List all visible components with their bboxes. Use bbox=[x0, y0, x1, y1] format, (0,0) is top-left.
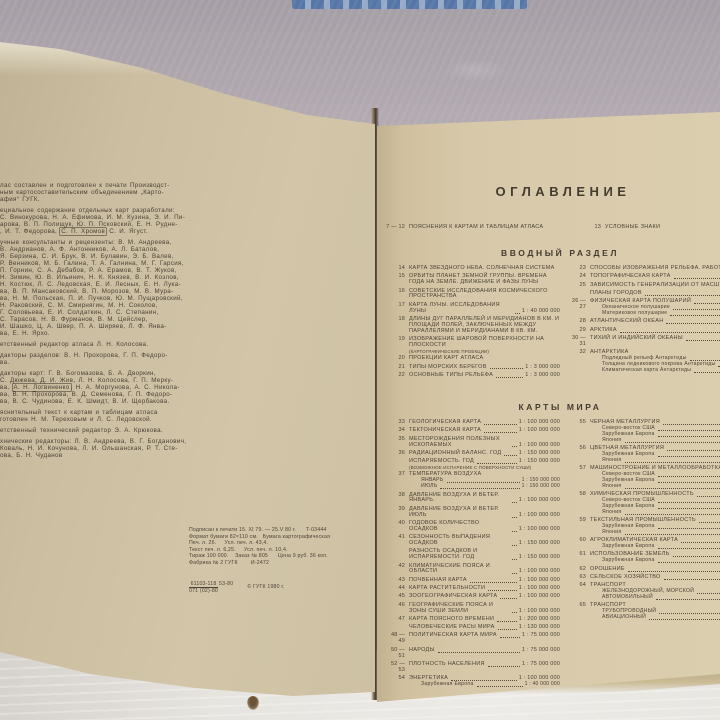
entry-pages: 38 bbox=[383, 493, 409, 505]
entry-title: Зарубежная Европа bbox=[602, 544, 655, 550]
entry-pages: 26 — 27 bbox=[564, 299, 590, 317]
toc-entry: 43ПОЧВЕННАЯ КАРТА1 : 100 000 000 bbox=[383, 578, 560, 584]
entry-title: ДАВЛЕНИЕ ВОЗДУХА И ВЕТЕР. ИЮЛЬ bbox=[409, 507, 509, 519]
entry-scale: 1 : 100 000 000 bbox=[519, 498, 560, 504]
toc-entry: 33ГЕОЛОГИЧЕСКАЯ КАРТА1 : 100 000 000 bbox=[383, 420, 560, 426]
entry-title: Япония bbox=[602, 458, 622, 464]
entry-title: ОРОШЕНИЕ bbox=[590, 567, 625, 573]
entry-title: ПЛАНЫ ГОРОДОВ bbox=[590, 291, 642, 297]
entry-pages: 34 bbox=[383, 428, 409, 434]
colophon-paragraph: дакторы разделов: В. Н. Прохорова, Г. П.… bbox=[0, 352, 206, 366]
entry-pages: 42 bbox=[383, 564, 409, 576]
entry-pages: 54 bbox=[383, 676, 409, 688]
entry-title: Япония bbox=[602, 438, 622, 444]
toc-entry: 63СЕЛЬСКОЕ ХОЗЯЙСТВО bbox=[564, 575, 720, 581]
toc-entry: 42КЛИМАТИЧЕСКИЕ ПОЯСА И ОБЛАСТИ1 : 100 0… bbox=[383, 564, 560, 576]
dot-leader bbox=[658, 502, 720, 503]
toc-entry: 34ТЕКТОНИЧЕСКАЯ КАРТА1 : 100 000 000 bbox=[383, 428, 560, 434]
entry-scale: 1 : 100 000 000 bbox=[519, 443, 560, 449]
colophon-paragraph: лас составлен и подготовлен к печати Про… bbox=[0, 182, 206, 203]
blue-fabric-pattern bbox=[292, 0, 527, 9]
colophon-paragraph: етственный технический редактор Э. А. Кр… bbox=[0, 427, 206, 434]
entry-scale: 1 : 150 000 000 bbox=[519, 541, 560, 547]
entry-title: Япония bbox=[602, 484, 622, 490]
dot-leader bbox=[663, 424, 720, 425]
dot-leader bbox=[658, 548, 720, 549]
toc-sub-entry: АВИАЦИОННЫЙ bbox=[590, 615, 720, 621]
dot-leader bbox=[488, 590, 517, 591]
entry-title: ЗООГЕОГРАФИЧЕСКАЯ КАРТА bbox=[409, 594, 497, 600]
toc-entry: 64ТРАНСПОРТЖЕЛЕЗНОДОРОЖНЫЙ, МОРСКОЙАВТОМ… bbox=[564, 583, 720, 601]
dot-leader bbox=[673, 309, 720, 310]
entry-pages: 47 bbox=[383, 617, 409, 623]
dot-leader bbox=[512, 502, 517, 503]
toc-sub-entry: Япония bbox=[590, 510, 720, 516]
toc-entry: ПЛАНЫ ГОРОДОВ bbox=[564, 291, 720, 297]
toc-entry: 58ХИМИЧЕСКАЯ ПРОМЫШЛЕННОСТЬСеверо-восток… bbox=[564, 492, 720, 516]
dot-leader bbox=[625, 514, 720, 515]
toc-entry: 30 — 31ТИХИЙ И ИНДИЙСКИЙ ОКЕАНЫ bbox=[564, 336, 720, 348]
toc-sub-entry: Зарубежная Европа1 : 40 000 000 bbox=[409, 682, 560, 688]
toc-entry: 19ИЗОБРАЖЕНИЕ ШАРОВОЙ ПОВЕРХНОСТИ НА ПЛО… bbox=[383, 337, 560, 354]
toc-entry: 13 УСЛОВНЫЕ ЗНАКИ bbox=[577, 225, 720, 231]
toc-entry: 41СЕЗОННОСТЬ ВЫПАДЕНИЯ ОСАДКОВ1 : 150 00… bbox=[383, 535, 560, 547]
dot-leader bbox=[666, 323, 720, 324]
contents-title: ОГЛАВЛЕНИЕ bbox=[377, 184, 720, 199]
dot-leader bbox=[512, 612, 517, 613]
dot-leader bbox=[694, 372, 720, 373]
toc-entry: 61ИСПОЛЬЗОВАНИЕ ЗЕМЕЛЬЗарубежная Европа bbox=[564, 552, 720, 564]
copyright-notice: © ГУГК 1980 г. bbox=[247, 584, 284, 591]
dot-leader bbox=[504, 455, 516, 456]
dot-leader bbox=[512, 559, 517, 560]
code-suffix: 53-80 bbox=[219, 581, 233, 588]
dot-leader bbox=[484, 424, 517, 425]
colophon-paragraph: хнические редакторы: Л. В. Андреева, В. … bbox=[0, 438, 206, 459]
entry-scale: 1 : 150 000 000 bbox=[519, 451, 560, 457]
entry-title: РАЗНОСТЬ ОСАДКОВ И ИСПАРЯЕМОСТИ. ГОД bbox=[409, 549, 509, 561]
entry-pages: 40 bbox=[383, 521, 409, 533]
dot-leader bbox=[512, 531, 517, 532]
section-title: ВВОДНЫЙ РАЗДЕЛ bbox=[377, 248, 720, 258]
toc-entry: 37ТЕМПЕРАТУРА ВОЗДУХАЯНВАРЬ1 : 150 000 0… bbox=[383, 472, 560, 490]
dot-leader bbox=[515, 313, 520, 314]
entry-pages: 41 bbox=[383, 535, 409, 547]
entry-title: ДАВЛЕНИЕ ВОЗДУХА И ВЕТЕР. ЯНВАРЬ. bbox=[409, 493, 509, 505]
entry-pages bbox=[564, 291, 590, 297]
dot-leader bbox=[686, 340, 720, 341]
entry-scale: 1 : 100 000 000 bbox=[519, 513, 560, 519]
toc-sub-entry: АВТОМОБИЛЬНЫЙ bbox=[590, 595, 720, 601]
entry-title: Зарубежная Европа bbox=[602, 558, 655, 564]
entry-title: АТЛАНТИЧЕСКИЙ ОКЕАН bbox=[590, 319, 663, 325]
entry-scale: 1 : 150 000 000 bbox=[519, 555, 560, 561]
entry-title: ГЕОЛОГИЧЕСКАЯ КАРТА bbox=[409, 420, 481, 426]
dot-leader bbox=[697, 593, 720, 594]
entry-pages: 32 bbox=[564, 350, 590, 374]
entry-scale: 1 : 100 000 000 bbox=[519, 594, 560, 600]
right-page-contents: ОГЛАВЛЕНИЕ 7 — 12 ПОЯСНЕНИЯ К КАРТАМ И Т… bbox=[377, 112, 720, 704]
entry-pages: 17 bbox=[383, 303, 409, 315]
entry-pages: 25 bbox=[564, 283, 590, 289]
entry-pages: 15 bbox=[383, 274, 409, 286]
print-code-row: 61103-118 071 (02)-80 53-80 © ГУГК 1980 … bbox=[189, 581, 401, 594]
toc-entry: 14КАРТА ЗВЕЗДНОГО НЕБА. СОЛНЕЧНАЯ СИСТЕМ… bbox=[383, 266, 560, 272]
entry-pages: 56 bbox=[564, 446, 590, 464]
toc-entry: 25ЗАВИСИМОСТЬ ГЕНЕРАЛИЗАЦИИ ОТ МАСШТАБА bbox=[564, 283, 720, 289]
dot-leader bbox=[656, 599, 720, 600]
entry-title: НАРОДЫ bbox=[409, 648, 435, 654]
entry-title: КЛИМАТИЧЕСКИЕ ПОЯСА И ОБЛАСТИ bbox=[409, 564, 509, 576]
entry-pages: 61 bbox=[564, 552, 590, 564]
colophon-paragraph: яснительный текст к картам и таблицам ат… bbox=[0, 409, 206, 423]
entry-title: СЕЗОННОСТЬ ВЫПАДЕНИЯ ОСАДКОВ bbox=[409, 535, 509, 547]
toc-entry: 15ОРБИТЫ ПЛАНЕТ ЗЕМНОЙ ГРУППЫ. ВРЕМЕНА Г… bbox=[383, 274, 560, 286]
toc-entry: 32АНТАРКТИКАПодледный рельеф АнтарктидыТ… bbox=[564, 350, 720, 374]
entry-pages: 14 bbox=[383, 266, 409, 272]
entry-title: ИЮЛЬ bbox=[421, 484, 437, 490]
entry-pages: 29 bbox=[564, 328, 590, 334]
entry-scale: 1 : 75 000 000 bbox=[522, 662, 560, 668]
toc-entry: 57МАШИНОСТРОЕНИЕ И МЕТАЛЛООБРАБОТКАСевер… bbox=[564, 466, 720, 490]
toc-entry: 62ОРОШЕНИЕ bbox=[564, 567, 720, 573]
entry-scale: 1 : 40 000 000 bbox=[522, 309, 560, 315]
entry-pages: 22 bbox=[383, 373, 409, 379]
entry-pages: 60 bbox=[564, 538, 590, 550]
entry-title: КАРТА ЗВЕЗДНОГО НЕБА. СОЛНЕЧНАЯ СИСТЕМА bbox=[409, 266, 555, 272]
toc-entry: 7 — 12 ПОЯСНЕНИЯ К КАРТАМ И ТАБЛИЦАМ АТЛ… bbox=[381, 225, 557, 231]
toc-entry: 29АРКТИКА bbox=[564, 328, 720, 334]
entry-title: ПОЧВЕННАЯ КАРТА bbox=[409, 578, 467, 584]
entry-pages: 46 bbox=[383, 603, 409, 615]
dot-leader bbox=[664, 579, 720, 580]
imprint-block: Подписан к печати 15. XI 79. — 25.V 80 г… bbox=[189, 527, 401, 594]
toc-entry: 20ПРОЕКЦИИ КАРТ АТЛАСА bbox=[383, 356, 560, 362]
toc-entry: 48 — 49ПОЛИТИЧЕСКАЯ КАРТА МИРА1 : 75 000… bbox=[383, 633, 560, 645]
section-title: КАРТЫ МИРА bbox=[377, 402, 720, 412]
entry-title: ОСНОВНЫЕ ТИПЫ РЕЛЬЕФА bbox=[409, 373, 493, 379]
entry-pages: 39 bbox=[383, 507, 409, 519]
entry-scale: 1 : 100 000 000 bbox=[519, 569, 560, 575]
entry-pages: 57 bbox=[564, 466, 590, 490]
section-columns: 14КАРТА ЗВЕЗДНОГО НЕБА. СОЛНЕЧНАЯ СИСТЕМ… bbox=[383, 266, 720, 381]
dot-leader bbox=[500, 598, 516, 599]
entry-title: СОВЕТСКИЕ ИССЛЕДОВАНИЯ КОСМИЧЕСКОГО ПРОС… bbox=[409, 289, 560, 301]
toc-entry: 56ЦВЕТНАЯ МЕТАЛЛУРГИЯЗарубежная ЕвропаЯп… bbox=[564, 446, 720, 464]
entry-scale: 1 : 130 000 000 bbox=[519, 625, 560, 631]
entry-title: ОРБИТЫ ПЛАНЕТ ЗЕМНОЙ ГРУППЫ. ВРЕМЕНА ГОД… bbox=[409, 274, 560, 286]
toc-entry: 38ДАВЛЕНИЕ ВОЗДУХА И ВЕТЕР. ЯНВАРЬ.1 : 1… bbox=[383, 493, 560, 505]
entry-scale: 1 : 100 000 000 bbox=[519, 428, 560, 434]
entry-pages: 45 bbox=[383, 594, 409, 600]
entry-pages: 44 bbox=[383, 586, 409, 592]
entry-title: ДЛИНЫ ДУГ ПАРАЛЛЕЛЕЙ И МЕРИДИАНОВ В КМ. … bbox=[409, 317, 560, 335]
entry-title: Япония bbox=[602, 530, 622, 536]
entry-title: Климатическая карта Антарктиды bbox=[602, 368, 691, 374]
entry-scale: 1 : 75 000 000 bbox=[522, 648, 560, 654]
imprint-lines: Подписан к печати 15. XI 79. — 25.V 80 г… bbox=[189, 527, 401, 566]
dot-leader bbox=[500, 637, 520, 638]
dot-leader bbox=[674, 278, 720, 279]
dot-leader bbox=[497, 621, 517, 622]
toc-entry: 60АГРОКЛИМАТИЧЕСКАЯ КАРТАЗарубежная Евро… bbox=[564, 538, 720, 550]
toc-entry: 45ЗООГЕОГРАФИЧЕСКАЯ КАРТА1 : 100 000 000 bbox=[383, 594, 560, 600]
toc-entry: 22ОСНОВНЫЕ ТИПЫ РЕЛЬЕФА1 : 3 000 000 bbox=[383, 373, 560, 379]
entry-pages: 24 bbox=[564, 274, 590, 280]
entry-pages: 64 bbox=[564, 583, 590, 601]
entry-title: ЗАВИСИМОСТЬ ГЕНЕРАЛИЗАЦИИ ОТ МАСШТАБА bbox=[590, 283, 720, 289]
toc-entry: 24ТОПОГРАФИЧЕСКАЯ КАРТА bbox=[564, 274, 720, 280]
entry-pages bbox=[383, 625, 409, 631]
entry-scale: 1 : 3 000 000 bbox=[525, 365, 560, 371]
toc-sub-entry: Климатическая карта Антарктиды bbox=[590, 368, 720, 374]
dot-leader bbox=[488, 666, 520, 667]
imprint-line: Фабрика № 2 ГУГК И-2472 bbox=[189, 560, 401, 567]
dot-leader bbox=[496, 377, 523, 378]
entry-scale: 1 : 100 000 000 bbox=[519, 609, 560, 615]
entry-pages: 28 bbox=[564, 319, 590, 325]
dot-leader bbox=[477, 463, 517, 464]
entry-pages: 30 — 31 bbox=[564, 336, 590, 348]
colophon-paragraph: дакторы карт: Г. В. Богомазова, Б. А. Дв… bbox=[0, 370, 206, 405]
dot-leader bbox=[512, 517, 517, 518]
dot-leader bbox=[438, 652, 520, 653]
dot-leader bbox=[512, 573, 517, 574]
entry-title: Зарубежная Европа bbox=[421, 682, 474, 688]
dot-leader bbox=[658, 456, 720, 457]
dot-leader bbox=[673, 556, 720, 557]
entry-scale: 1 : 40 000 000 bbox=[525, 682, 560, 688]
toc-entry: 59ТЕКСТИЛЬНАЯ ПРОМЫШЛЕННОСТЬЗарубежная Е… bbox=[564, 518, 720, 536]
entry-title: ПЛОТНОСТЬ НАСЕЛЕНИЯ bbox=[409, 662, 485, 668]
colophon-paragraph: етственный редактор атласа Л. Н. Колосов… bbox=[0, 341, 206, 348]
entry-pages: 13 bbox=[577, 225, 605, 231]
entry-pages: 65 bbox=[564, 603, 590, 621]
toc-sub-entry: Япония bbox=[590, 530, 720, 536]
dot-leader bbox=[667, 450, 720, 451]
section-introductory: ВВОДНЫЙ РАЗДЕЛ 14КАРТА ЗВЕЗДНОГО НЕБА. С… bbox=[377, 248, 720, 381]
dot-leader bbox=[512, 446, 517, 447]
dot-leader bbox=[658, 528, 720, 529]
entry-pages: 43 bbox=[383, 578, 409, 584]
entry-title: АРКТИКА bbox=[590, 328, 617, 334]
entry-pages: 52 — 53 bbox=[383, 662, 409, 674]
section-world-maps: КАРТЫ МИРА 33ГЕОЛОГИЧЕСКАЯ КАРТА1 : 100 … bbox=[377, 402, 720, 690]
toc-entry: 54ЭНЕРГЕТИКА1 : 100 000 000Зарубежная Ев… bbox=[383, 676, 560, 688]
toc-entry: 18ДЛИНЫ ДУГ ПАРАЛЛЕЛЕЙ И МЕРИДИАНОВ В КМ… bbox=[383, 317, 560, 335]
entry-pages: 55 bbox=[564, 420, 590, 444]
dot-leader bbox=[625, 534, 720, 535]
section-columns: 33ГЕОЛОГИЧЕСКАЯ КАРТА1 : 100 000 00034ТЕ… bbox=[383, 420, 720, 690]
cloth-stain bbox=[247, 696, 259, 710]
entry-title: ГОДОВОЕ КОЛИЧЕСТВО ОСАДКОВ bbox=[409, 521, 509, 533]
entry-pages: 18 bbox=[383, 317, 409, 335]
toc-sub-entry: Зарубежная Европа bbox=[590, 544, 720, 550]
toc-entry: 36РАДИАЦИОННЫЙ БАЛАНС. ГОД1 : 150 000 00… bbox=[383, 451, 560, 457]
entry-note: (ВОЗМОЖНОЕ ИСПАРЕНИЕ С ПОВЕРХНОСТИ СУШИ) bbox=[409, 465, 560, 470]
entry-title: Япония bbox=[602, 510, 622, 516]
entry-title: КАРТА РАСТИТЕЛЬНОСТИ bbox=[409, 586, 485, 592]
entry-pages: 33 bbox=[383, 420, 409, 426]
dot-leader bbox=[484, 432, 517, 433]
toc-sub-entry: Япония bbox=[590, 438, 720, 444]
entry-title: ГЕОГРАФИЧЕСКИЕ ПОЯСА И ЗОНЫ СУШИ ЗЕМЛИ bbox=[409, 603, 509, 615]
toc-sub-entry: ИЮЛЬ1 : 150 000 000 bbox=[409, 484, 560, 490]
entry-pages: 59 bbox=[564, 518, 590, 536]
entry-scale: 1 : 150 000 000 bbox=[522, 484, 560, 490]
entry-title: ИЗОБРАЖЕНИЕ ШАРОВОЙ ПОВЕРХНОСТИ НА ПЛОСК… bbox=[409, 337, 560, 349]
left-page-colophon: лас составлен и подготовлен к печати Про… bbox=[0, 36, 375, 698]
dot-leader bbox=[658, 436, 720, 437]
dot-leader bbox=[681, 542, 720, 543]
dot-leader bbox=[699, 522, 720, 523]
entry-title: ПРОЕКЦИИ КАРТ АТЛАСА bbox=[409, 356, 484, 362]
entry-pages: 36 bbox=[383, 451, 409, 457]
entry-scale: 1 : 200 000 000 bbox=[519, 617, 560, 623]
code-denominator: 071 (02)-80 bbox=[189, 588, 218, 594]
entry-pages: 21 bbox=[383, 365, 409, 371]
dot-leader bbox=[659, 613, 720, 614]
toc-entry: 17КАРТА ЛУНЫ. ИССЛЕДОВАНИЯ ЛУНЫ1 : 40 00… bbox=[383, 303, 560, 315]
entry-pages: 16 bbox=[383, 289, 409, 301]
entry-pages bbox=[383, 549, 409, 561]
catalog-code-fraction: 61103-118 071 (02)-80 bbox=[189, 581, 218, 594]
entry-title: ТЕКТОНИЧЕСКАЯ КАРТА bbox=[409, 428, 481, 434]
toc-entry: 39ДАВЛЕНИЕ ВОЗДУХА И ВЕТЕР. ИЮЛЬ1 : 100 … bbox=[383, 507, 560, 519]
toc-entry: 46ГЕОГРАФИЧЕСКИЕ ПОЯСА И ЗОНЫ СУШИ ЗЕМЛИ… bbox=[383, 603, 560, 615]
dot-leader bbox=[628, 571, 720, 572]
dot-leader bbox=[658, 430, 720, 431]
toc-entry: 28АТЛАНТИЧЕСКИЙ ОКЕАН bbox=[564, 319, 720, 325]
dot-leader bbox=[447, 482, 520, 483]
entry-title: МЕСТОРОЖДЕНИЯ ПОЛЕЗНЫХ ИСКОПАЕМЫХ bbox=[409, 437, 509, 449]
boxed-name: С. П. Хромов bbox=[60, 228, 106, 235]
entry-scale: 1 : 100 000 000 bbox=[519, 586, 560, 592]
dot-leader bbox=[498, 629, 517, 630]
toc-entry: 23СПОСОБЫ ИЗОБРАЖЕНИЯ РЕЛЬЕФА. РАБОТА РЕ… bbox=[564, 266, 720, 272]
toc-entry: 16СОВЕТСКИЕ ИССЛЕДОВАНИЯ КОСМИЧЕСКОГО ПР… bbox=[383, 289, 560, 301]
entry-title: ЧЕЛОВЕЧЕСКИЕ РАСЫ МИРА bbox=[409, 625, 495, 631]
toc-entry: 44КАРТА РАСТИТЕЛЬНОСТИ1 : 100 000 000 bbox=[383, 586, 560, 592]
toc-entry: РАЗНОСТЬ ОСАДКОВ И ИСПАРЯЕМОСТИ. ГОД1 : … bbox=[383, 549, 560, 561]
dot-leader bbox=[620, 332, 720, 333]
entry-pages bbox=[383, 459, 409, 470]
entry-title: ТИХИЙ И ИНДИЙСКИЙ ОКЕАНЫ bbox=[590, 336, 683, 342]
toc-entry: 55ЧЕРНАЯ МЕТАЛЛУРГИЯСеверо-восток СШАЗар… bbox=[564, 420, 720, 444]
toc-entry: 35МЕСТОРОЖДЕНИЯ ПОЛЕЗНЫХ ИСКОПАЕМЫХ1 : 1… bbox=[383, 437, 560, 449]
dot-leader bbox=[625, 462, 720, 463]
dot-leader bbox=[658, 482, 720, 483]
dot-leader bbox=[649, 619, 720, 620]
entry-title: КАРТА ПОЯСНОГО ВРЕМЕНИ bbox=[409, 617, 494, 623]
toc-entry: 26 — 27ФИЗИЧЕСКАЯ КАРТА ПОЛУШАРИЙОкеанич… bbox=[564, 299, 720, 317]
entry-pages: 58 bbox=[564, 492, 590, 516]
toc-sub-entry: Зарубежная Европа bbox=[590, 558, 720, 564]
entry-title: ПОЛИТИЧЕСКАЯ КАРТА МИРА bbox=[409, 633, 497, 639]
entry-scale: 1 : 100 000 000 bbox=[519, 527, 560, 533]
entry-pages: 63 bbox=[564, 575, 590, 581]
entry-scale: 1 : 100 000 000 bbox=[519, 578, 560, 584]
dot-leader bbox=[512, 545, 517, 546]
entry-pages: 35 bbox=[383, 437, 409, 449]
toc-entry: 52 — 53ПЛОТНОСТЬ НАСЕЛЕНИЯ1 : 75 000 000 bbox=[383, 662, 560, 674]
entry-pages: 48 — 49 bbox=[383, 633, 409, 645]
entry-title: КАРТА ЛУНЫ. ИССЛЕДОВАНИЯ ЛУНЫ bbox=[409, 303, 512, 315]
toc-entry: ИСПАРЯЕМОСТЬ. ГОД1 : 150 000 000(ВОЗМОЖН… bbox=[383, 459, 560, 470]
entry-title: РАДИАЦИОННЫЙ БАЛАНС. ГОД bbox=[409, 451, 501, 457]
entry-title: УСЛОВНЫЕ ЗНАКИ bbox=[605, 224, 660, 230]
code-numerator: 61103-118 bbox=[189, 581, 218, 588]
colophon-paragraph: ециальное содержание отдельных карт разр… bbox=[0, 207, 206, 235]
entry-title: ТИПЫ МОРСКИХ БЕРЕГОВ bbox=[409, 365, 487, 371]
entry-pages: 23 bbox=[564, 266, 590, 272]
dot-leader bbox=[694, 303, 720, 304]
entry-pages: 19 bbox=[383, 337, 409, 354]
entry-scale: 1 : 100 000 000 bbox=[519, 420, 560, 426]
dot-leader bbox=[670, 315, 720, 316]
dot-leader bbox=[658, 476, 720, 477]
dot-leader bbox=[477, 686, 523, 687]
dot-leader bbox=[470, 582, 517, 583]
toc-entry: 21ТИПЫ МОРСКИХ БЕРЕГОВ1 : 3 000 000 bbox=[383, 365, 560, 371]
dot-leader bbox=[490, 368, 524, 369]
toc-entry: 50 — 51НАРОДЫ1 : 75 000 000 bbox=[383, 648, 560, 660]
toc-column-right: 23СПОСОБЫ ИЗОБРАЖЕНИЯ РЕЛЬЕФА. РАБОТА РЕ… bbox=[564, 266, 720, 381]
entry-title: АВТОМОБИЛЬНЫЙ bbox=[602, 595, 653, 601]
entry-note: (КАРТОГРАФИЧЕСКИЕ ПРОЕКЦИИ) bbox=[409, 349, 560, 354]
colophon-text-block: лас составлен и подготовлен к печати Про… bbox=[0, 182, 206, 463]
entry-scale: 1 : 75 000 000 bbox=[522, 633, 560, 639]
entry-title: СПОСОБЫ ИЗОБРАЖЕНИЯ РЕЛЬЕФА. РАБОТА РЕК bbox=[590, 266, 720, 272]
entry-pages: 50 — 51 bbox=[383, 648, 409, 660]
entry-title: АВИАЦИОННЫЙ bbox=[602, 615, 646, 621]
dot-leader bbox=[645, 295, 720, 296]
dot-leader bbox=[658, 562, 720, 563]
entry-title: ТЕМПЕРАТУРА ВОЗДУХА bbox=[409, 472, 482, 478]
toc-entry: 65ТРАНСПОРТТРУБОПРОВОДНЫЙАВИАЦИОННЫЙ bbox=[564, 603, 720, 621]
colophon-paragraph: учные консультанты и рецензенты: В. М. А… bbox=[0, 239, 206, 337]
boxed-name: А. Н. Логвиненко bbox=[13, 384, 71, 391]
entry-title: СЕЛЬСКОЕ ХОЗЯЙСТВО bbox=[590, 575, 661, 581]
entry-title: Материковое полушарие bbox=[602, 311, 667, 317]
toc-entry: 40ГОДОВОЕ КОЛИЧЕСТВО ОСАДКОВ1 : 100 000 … bbox=[383, 521, 560, 533]
entry-pages: 7 — 12 bbox=[381, 225, 409, 231]
entry-pages: 62 bbox=[564, 567, 590, 573]
toc-column-right: 55ЧЕРНАЯ МЕТАЛЛУРГИЯСеверо-восток СШАЗар… bbox=[564, 420, 720, 690]
entry-title: ТОПОГРАФИЧЕСКАЯ КАРТА bbox=[590, 274, 671, 280]
toc-column-left: 33ГЕОЛОГИЧЕСКАЯ КАРТА1 : 100 000 00034ТЕ… bbox=[383, 420, 560, 690]
entry-pages: 20 bbox=[383, 356, 409, 362]
entry-scale: 1 : 3 000 000 bbox=[525, 373, 560, 379]
entry-pages: 37 bbox=[383, 472, 409, 490]
toc-sub-entry: Япония bbox=[590, 484, 720, 490]
toc-column-left: 14КАРТА ЗВЕЗДНОГО НЕБА. СОЛНЕЧНАЯ СИСТЕМ… bbox=[383, 266, 560, 381]
toc-entry: ЧЕЛОВЕЧЕСКИЕ РАСЫ МИРА1 : 130 000 000 bbox=[383, 625, 560, 631]
dot-leader bbox=[697, 496, 720, 497]
entry-title: ПОЯСНЕНИЯ К КАРТАМ И ТАБЛИЦАМ АТЛАСА bbox=[409, 224, 543, 230]
toc-sub-entry: Япония bbox=[590, 458, 720, 464]
dot-leader bbox=[440, 488, 519, 489]
toc-entry: 47КАРТА ПОЯСНОГО ВРЕМЕНИ1 : 200 000 000 bbox=[383, 617, 560, 623]
toc-sub-entry: Материковое полушарие bbox=[590, 311, 720, 317]
dot-leader bbox=[625, 488, 720, 489]
dot-leader bbox=[625, 442, 720, 443]
dot-leader bbox=[658, 508, 720, 509]
